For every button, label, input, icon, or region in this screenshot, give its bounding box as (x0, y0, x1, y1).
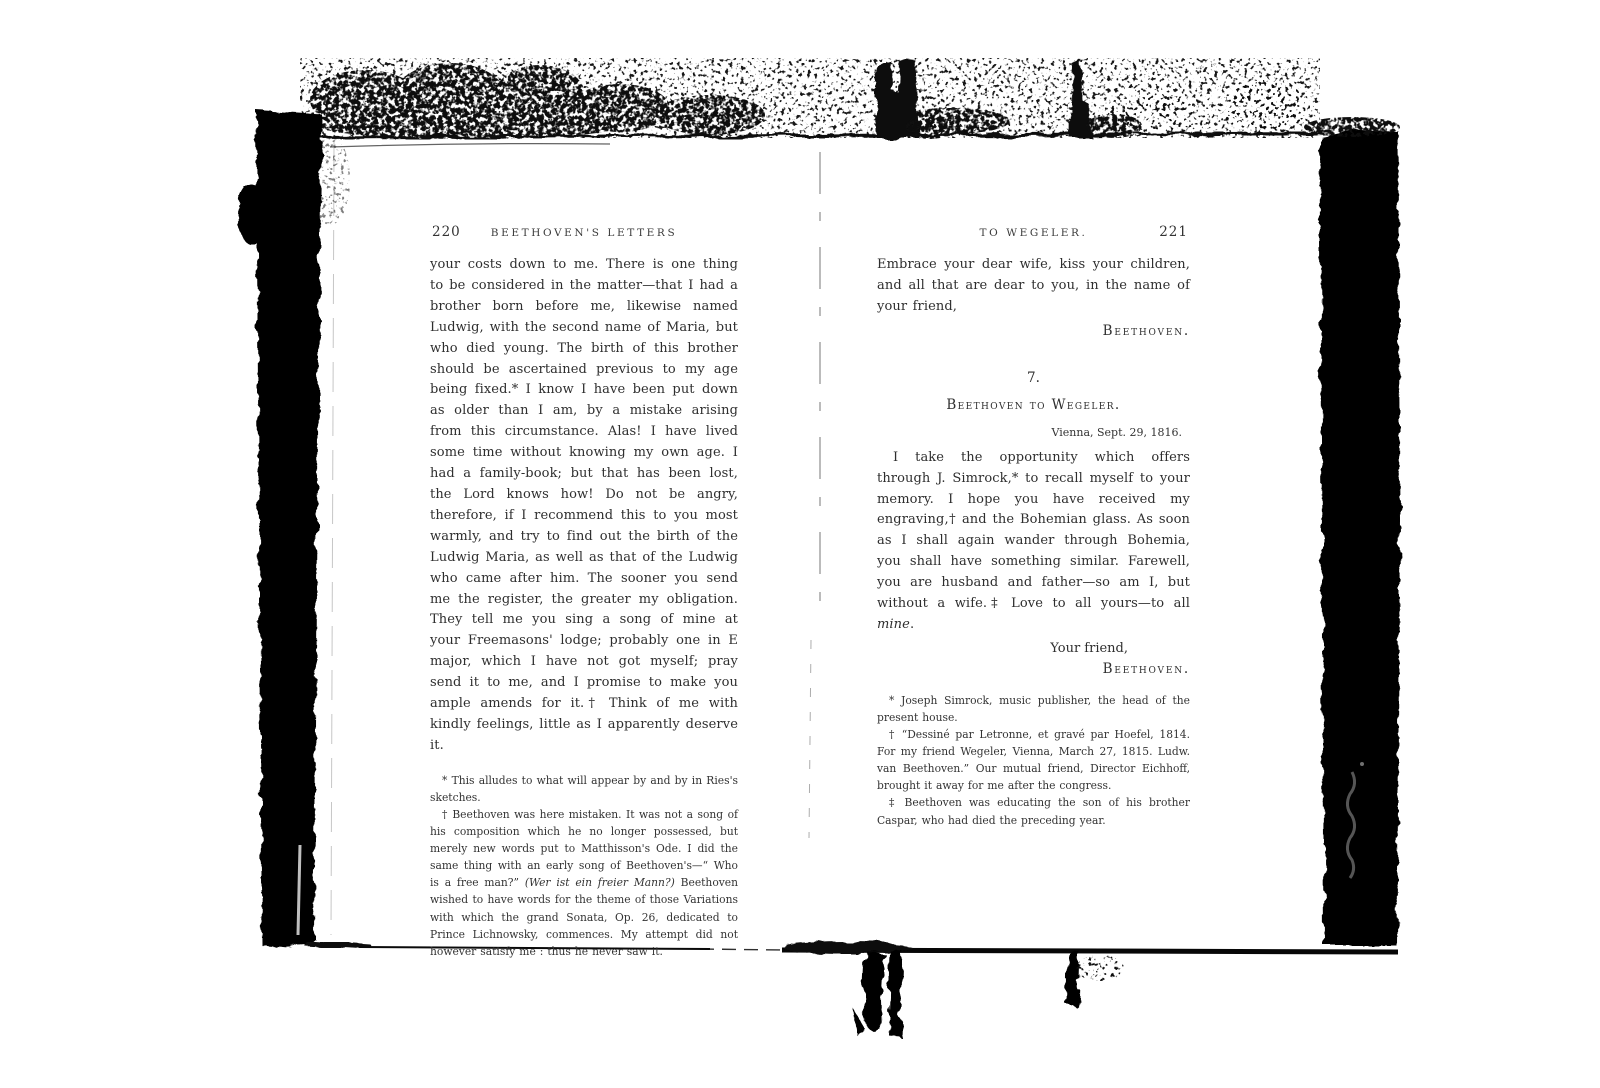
right-footnote-3: ‡ Beethoven was educating the son of his… (877, 794, 1190, 828)
left-page-number: 220 (432, 224, 461, 240)
book-scan: 220 BEETHOVEN'S LETTERS your costs down … (0, 0, 1600, 1088)
left-footnote-1: * This alludes to what will appear by an… (430, 772, 738, 806)
right-footnote-1: * Joseph Simrock, music publisher, the h… (877, 692, 1190, 726)
scan-ink-artifacts (0, 0, 1600, 1088)
letter7-body-italic-word: mine (877, 617, 910, 632)
left-running-header: BEETHOVEN'S LETTERS (430, 224, 738, 239)
left-footnote-2: † Beethoven was here mistaken. It was no… (430, 806, 738, 960)
right-page-number: 221 (1159, 224, 1188, 240)
letter7-body-text: I take the opportunity which offers thro… (877, 450, 1190, 611)
letter7-number: 7. (877, 370, 1190, 386)
letter6-closing-paragraph: Embrace your dear wife, kiss your childr… (877, 255, 1190, 318)
left-page: 220 BEETHOVEN'S LETTERS your costs down … (430, 224, 738, 960)
left-page-header: 220 BEETHOVEN'S LETTERS (430, 224, 738, 242)
letter7-signature: Beethoven. (877, 661, 1190, 677)
letter7-title: Beethoven to Wegeler. (877, 397, 1190, 413)
letter7-body-text-end: . (910, 617, 914, 632)
left-footnotes: * This alludes to what will appear by an… (430, 772, 738, 960)
right-footnote-2: † “Dessiné par Letronne, et gravé par Ho… (877, 726, 1190, 794)
letter7-body-paragraph: I take the opportunity which offers thro… (877, 448, 1190, 636)
left-footnote-2-german-italic: (Wer ist ein freier Mann?) (525, 876, 675, 889)
right-page: TO WEGELER. 221 Embrace your dear wife, … (877, 224, 1190, 829)
right-running-header: TO WEGELER. (877, 224, 1190, 239)
letter7-closing: Your friend, (877, 641, 1190, 656)
right-footnotes: * Joseph Simrock, music publisher, the h… (877, 692, 1190, 829)
right-page-header: TO WEGELER. 221 (877, 224, 1190, 242)
letter6-signature: Beethoven. (877, 323, 1190, 339)
letter7-dateline: Vienna, Sept. 29, 1816. (877, 426, 1190, 439)
left-body-text: your costs down to me. There is one thin… (430, 255, 738, 757)
